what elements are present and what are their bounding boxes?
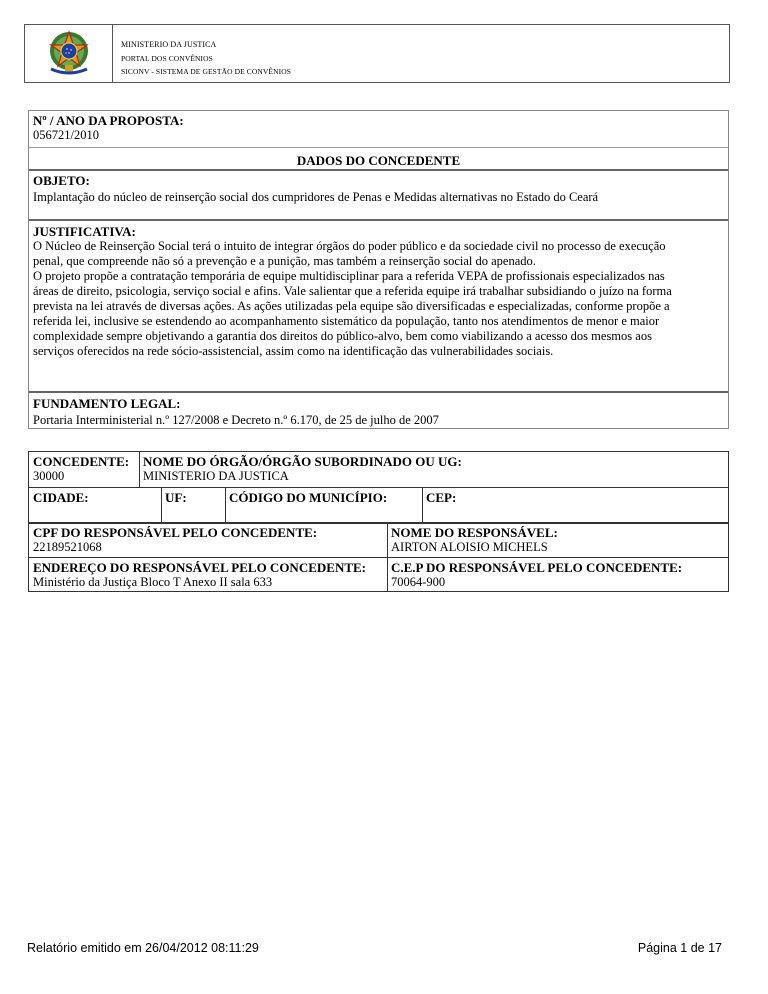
proposta-cell: Nº / ANO DA PROPOSTA: 056721/2010 — [29, 111, 728, 145]
cidade-cell: CIDADE: — [29, 488, 161, 507]
proposal-info-table: Nº / ANO DA PROPOSTA: 056721/2010 DADOS … — [28, 110, 729, 429]
justificativa-label: JUSTIFICATIVA: — [33, 224, 724, 239]
report-emitted-timestamp: Relatório emitido em 26/04/2012 08:11:29 — [27, 941, 259, 955]
endereco-cell: ENDEREÇO DO RESPONSÁVEL PELO CONCEDENTE:… — [29, 558, 387, 592]
brazil-coat-of-arms-icon — [45, 29, 93, 77]
endereco-value: Ministério da Justiça Bloco T Anexo II s… — [33, 575, 383, 590]
divider — [29, 219, 728, 221]
municipio-cell: CÓDIGO DO MUNICÍPIO: — [225, 488, 422, 507]
cpf-cell: CPF DO RESPONSÁVEL PELO CONCEDENTE: 2218… — [29, 523, 387, 557]
justificativa-line: penal, que compreende não só a prevenção… — [33, 254, 724, 269]
concedente-value: 30000 — [33, 469, 135, 484]
page-number: Página 1 de 17 — [638, 941, 722, 955]
fundamento-label: FUNDAMENTO LEGAL: — [33, 396, 724, 411]
orgao-cell: NOME DO ÓRGÃO/ÓRGÃO SUBORDINADO OU UG: M… — [139, 452, 719, 486]
orgao-value: MINISTERIO DA JUSTICA — [143, 469, 715, 484]
justificativa-cell: JUSTIFICATIVA: O Núcleo de Reinserção So… — [29, 222, 728, 361]
document-header: MINISTERIO DA JUSTICA PORTAL DOS CONVÊNI… — [24, 24, 730, 83]
justificativa-line: áreas de direito, psicologia, serviço so… — [33, 284, 724, 299]
justificativa-line: O projeto propõe a contratação temporári… — [33, 269, 724, 284]
uf-cell: UF: — [161, 488, 225, 507]
orgao-label: NOME DO ÓRGÃO/ÓRGÃO SUBORDINADO OU UG: — [143, 454, 715, 469]
nome-responsavel-label: NOME DO RESPONSÁVEL: — [391, 525, 723, 540]
section-title: DADOS DO CONCEDENTE — [29, 151, 728, 170]
fundamento-value: Portaria Interministerial n.º 127/2008 e… — [33, 413, 724, 428]
justificativa-line: serviços oferecidos na rede sócio-assist… — [33, 344, 724, 359]
cep-responsavel-cell: C.E.P DO RESPONSÁVEL PELO CONCEDENTE: 70… — [387, 558, 727, 592]
nome-responsavel-cell: NOME DO RESPONSÁVEL: AIRTON ALOISIO MICH… — [387, 523, 727, 557]
fundamento-cell: FUNDAMENTO LEGAL: Portaria Interminister… — [29, 394, 728, 430]
justificativa-line: referida lei, inclusive se estendendo ao… — [33, 314, 724, 329]
municipio-label: CÓDIGO DO MUNICÍPIO: — [229, 490, 418, 505]
cidade-label: CIDADE: — [33, 490, 157, 505]
justificativa-text: O Núcleo de Reinserção Social terá o int… — [33, 239, 724, 359]
cep-label: CEP: — [426, 490, 718, 505]
cpf-label: CPF DO RESPONSÁVEL PELO CONCEDENTE: — [33, 525, 383, 540]
logo-cell — [25, 25, 113, 82]
concedente-table: CONCEDENTE: 30000 NOME DO ÓRGÃO/ÓRGÃO SU… — [28, 451, 729, 592]
objeto-cell: OBJETO: Implantação do núcleo de reinser… — [29, 171, 728, 207]
nome-responsavel-value: AIRTON ALOISIO MICHELS — [391, 540, 723, 555]
cep-cell: CEP: — [422, 488, 722, 507]
cep-responsavel-label: C.E.P DO RESPONSÁVEL PELO CONCEDENTE: — [391, 560, 723, 575]
concedente-cell: CONCEDENTE: 30000 — [29, 452, 139, 486]
proposta-value: 056721/2010 — [33, 128, 724, 143]
divider — [29, 147, 728, 148]
system-name: SICONV - SISTEMA DE GESTÃO DE CONVÊNIOS — [121, 67, 291, 76]
objeto-label: OBJETO: — [33, 173, 724, 188]
justificativa-line: complexidade sempre objetivando a garant… — [33, 329, 724, 344]
divider — [29, 391, 728, 393]
objeto-value: Implantação do núcleo de reinserção soci… — [33, 190, 724, 205]
portal-name: PORTAL DOS CONVÊNIOS — [121, 54, 213, 63]
uf-label: UF: — [165, 490, 221, 505]
ministry-name: MINISTERIO DA JUSTICA — [121, 40, 216, 49]
justificativa-line: O Núcleo de Reinserção Social terá o int… — [33, 239, 724, 254]
concedente-label: CONCEDENTE: — [33, 454, 135, 469]
cep-responsavel-value: 70064-900 — [391, 575, 723, 590]
cpf-value: 22189521068 — [33, 540, 383, 555]
proposta-label: Nº / ANO DA PROPOSTA: — [33, 113, 724, 128]
endereco-label: ENDEREÇO DO RESPONSÁVEL PELO CONCEDENTE: — [33, 560, 383, 575]
justificativa-line: prevista na lei através de diversas açõe… — [33, 299, 724, 314]
